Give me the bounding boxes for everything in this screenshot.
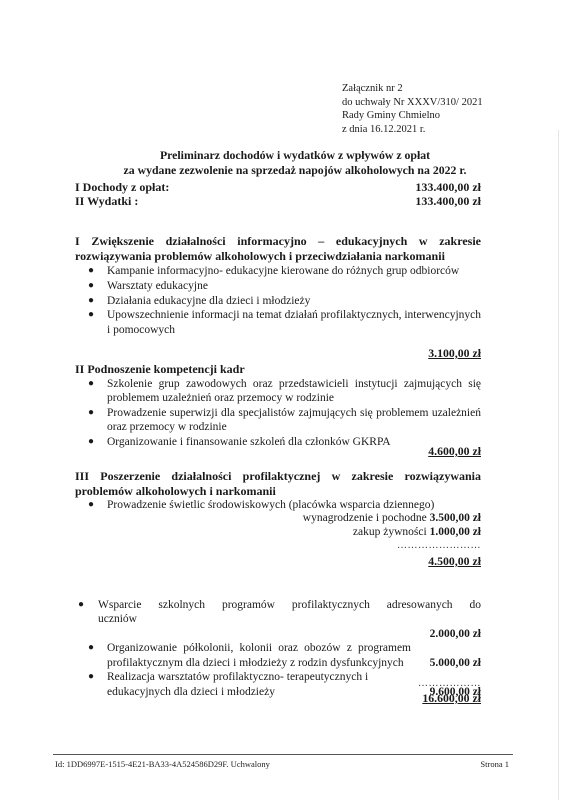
- list-item: ●Szkolenie grup zawodowych oraz przedsta…: [75, 377, 481, 406]
- list-item: ●Warsztaty edukacyjne: [75, 279, 481, 293]
- expense-label: II Wydatki :: [75, 194, 138, 208]
- dotted-separator: ………………: [418, 678, 481, 689]
- bullet-icon: ●: [88, 435, 94, 449]
- list-item: ●Działania edukacyjne dla dzieci i młodz…: [75, 294, 481, 308]
- dotted-separator: ……………………: [397, 540, 481, 551]
- attachment-note: Załącznik nr 2 do uchwały Nr XXXV/310/ 2…: [342, 82, 483, 136]
- grand-subtotal: 16.600,00 zł: [422, 691, 481, 706]
- section-heading: III Poszerzenie działalności profilaktyc…: [75, 469, 481, 499]
- section-heading: II Podnoszenie kompetencji kadr: [75, 362, 481, 377]
- document-title: Preliminarz dochodów i wydatków z wpływó…: [90, 148, 500, 178]
- list-item: ●Organizowanie i finansowanie szkoleń dl…: [75, 435, 481, 449]
- subline: zakup żywności 1.000,00 zł: [353, 526, 481, 538]
- subline: wynagrodzenie i pochodne 3.500,00 zł: [303, 512, 481, 524]
- title-line: Preliminarz dochodów i wydatków z wpływó…: [90, 148, 500, 163]
- bullet-icon: ●: [88, 377, 94, 391]
- list-item: ●Prowadzenie superwizji dla specjalistów…: [75, 406, 481, 435]
- bullet-icon: ●: [88, 308, 94, 322]
- income-row: I Dochody z opłat: 133.400,00 zł: [75, 180, 481, 195]
- attachment-line: z dnia 16.12.2021 r.: [342, 123, 483, 137]
- income-amount: 133.400,00 zł: [415, 180, 481, 195]
- list-item: ●Upowszechnienie informacji na temat dzi…: [75, 308, 481, 337]
- section-heading: I Zwiększenie działalności informacyjno …: [75, 234, 481, 264]
- item-amount: 5.000,00 zł: [430, 656, 481, 670]
- bullet-icon: ●: [88, 670, 94, 684]
- section-list: ●Szkolenie grup zawodowych oraz przedsta…: [75, 377, 481, 450]
- list-item: ●Kampanie informacyjno- edukacyjne kiero…: [75, 264, 481, 278]
- section-list: ●Prowadzenie świetlic środowiskowych (pl…: [75, 498, 481, 513]
- bullet-icon: ●: [88, 498, 94, 512]
- list-item: ● Organizowanie półkolonii, kolonii oraz…: [70, 641, 481, 670]
- bullet-icon: ●: [88, 279, 94, 293]
- subline-label: zakup żywności: [353, 526, 427, 538]
- subline-label: wynagrodzenie i pochodne: [303, 512, 427, 524]
- attachment-line: do uchwały Nr XXXV/310/ 2021: [342, 96, 483, 110]
- section-list: ●Kampanie informacyjno- edukacyjne kiero…: [75, 264, 481, 337]
- bullet-icon: ●: [88, 641, 94, 655]
- section-total: 4.500,00 zł: [428, 554, 481, 569]
- list-item: ●Prowadzenie świetlic środowiskowych (pl…: [75, 498, 481, 512]
- expense-row: II Wydatki : 133.400,00 zł: [75, 194, 481, 209]
- attachment-line: Załącznik nr 2: [342, 82, 483, 96]
- title-line: za wydane zezwolenie na sprzedaż napojów…: [90, 163, 500, 178]
- bullet-icon: ●: [88, 264, 94, 278]
- expense-amount: 133.400,00 zł: [415, 194, 481, 209]
- bullet-icon: ●: [88, 294, 94, 308]
- list-item: ● Wsparcie szkolnych programów profilakt…: [70, 598, 481, 641]
- page-number: Strona 1: [480, 759, 509, 769]
- income-label: I Dochody z opłat:: [75, 180, 169, 194]
- subline-amount: 1.000,00 zł: [430, 526, 481, 538]
- footer-divider: [53, 754, 513, 755]
- subline-amount: 3.500,00 zł: [430, 512, 481, 524]
- section-total: 4.600,00 zł: [428, 444, 481, 459]
- page-edge: [558, 130, 559, 800]
- document-id: Id: 1DD6997E-1515-4E21-BA33-4A524586D29F…: [55, 759, 270, 769]
- bullet-icon: ●: [88, 406, 94, 420]
- attachment-line: Rady Gminy Chmielno: [342, 109, 483, 123]
- item-amount: 2.000,00 zł: [98, 627, 481, 641]
- bullet-icon: ●: [78, 598, 84, 612]
- section-total: 3.100,00 zł: [428, 346, 481, 361]
